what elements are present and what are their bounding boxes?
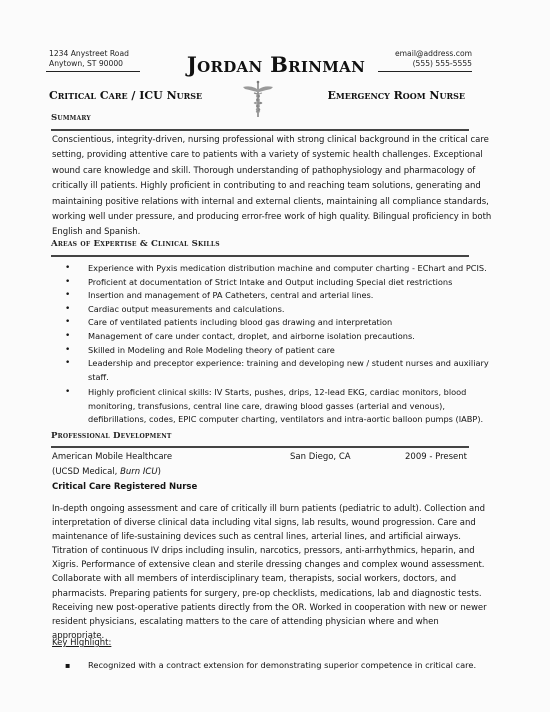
list-item: Proficient at documentation of Strict In… bbox=[62, 276, 492, 290]
address-line-1: 1234 Anystreet Road bbox=[49, 49, 129, 59]
client-suffix: ) bbox=[158, 467, 161, 477]
experience-rule bbox=[51, 446, 469, 448]
header-rule-right bbox=[378, 71, 472, 72]
experience-heading: Professional Development bbox=[51, 431, 172, 441]
job-dates: 2009 - Present bbox=[405, 452, 467, 462]
job-location: San Diego, CA bbox=[290, 452, 351, 462]
highlights-list: Recognized with a contract extension for… bbox=[62, 659, 492, 672]
key-highlight-heading: Key Highlight: bbox=[52, 638, 111, 648]
client-unit: Burn ICU bbox=[120, 467, 157, 477]
client-prefix: (UCSD Medical, bbox=[52, 467, 120, 477]
skills-list: Experience with Pyxis medication distrib… bbox=[62, 262, 492, 427]
employer: American Mobile Healthcare bbox=[52, 452, 172, 462]
list-item: Management of care under contact, drople… bbox=[62, 330, 492, 344]
candidate-name: Jordan Brinman bbox=[176, 52, 376, 77]
phone: (555) 555-5555 bbox=[395, 59, 472, 69]
job-role: Critical Care Registered Nurse bbox=[52, 482, 197, 492]
header-rule-left bbox=[46, 71, 140, 72]
address-block: 1234 Anystreet Road Anytown, ST 90000 bbox=[49, 49, 129, 69]
skills-rule bbox=[51, 255, 469, 257]
list-item: Insertion and management of PA Catheters… bbox=[62, 289, 492, 303]
list-item: Experience with Pyxis medication distrib… bbox=[62, 262, 492, 276]
summary-heading: Summary bbox=[51, 113, 91, 123]
list-item: Cardiac output measurements and calculat… bbox=[62, 303, 492, 317]
caduceus-icon bbox=[241, 80, 275, 118]
list-item: Highly proficient clinical skills: IV St… bbox=[62, 386, 492, 426]
skills-heading: Areas of Expertise & Clinical Skills bbox=[51, 239, 220, 249]
contact-block: email@address.com (555) 555-5555 bbox=[395, 49, 472, 69]
title-right: Emergency Room Nurse bbox=[328, 89, 465, 102]
email: email@address.com bbox=[395, 49, 472, 59]
client-line: (UCSD Medical, Burn ICU) bbox=[52, 467, 161, 477]
title-left: Critical Care / ICU Nurse bbox=[49, 89, 202, 102]
list-item: Leadership and preceptor experience: tra… bbox=[62, 357, 492, 384]
summary-rule bbox=[51, 129, 469, 131]
list-item: Recognized with a contract extension for… bbox=[62, 659, 492, 672]
list-item: Skilled in Modeling and Role Modeling th… bbox=[62, 344, 492, 358]
summary-text: Conscientious, integrity-driven, nursing… bbox=[52, 133, 492, 241]
job-description: In-depth ongoing assessment and care of … bbox=[52, 502, 492, 643]
list-item: Care of ventilated patients including bl… bbox=[62, 316, 492, 330]
address-line-2: Anytown, ST 90000 bbox=[49, 59, 129, 69]
